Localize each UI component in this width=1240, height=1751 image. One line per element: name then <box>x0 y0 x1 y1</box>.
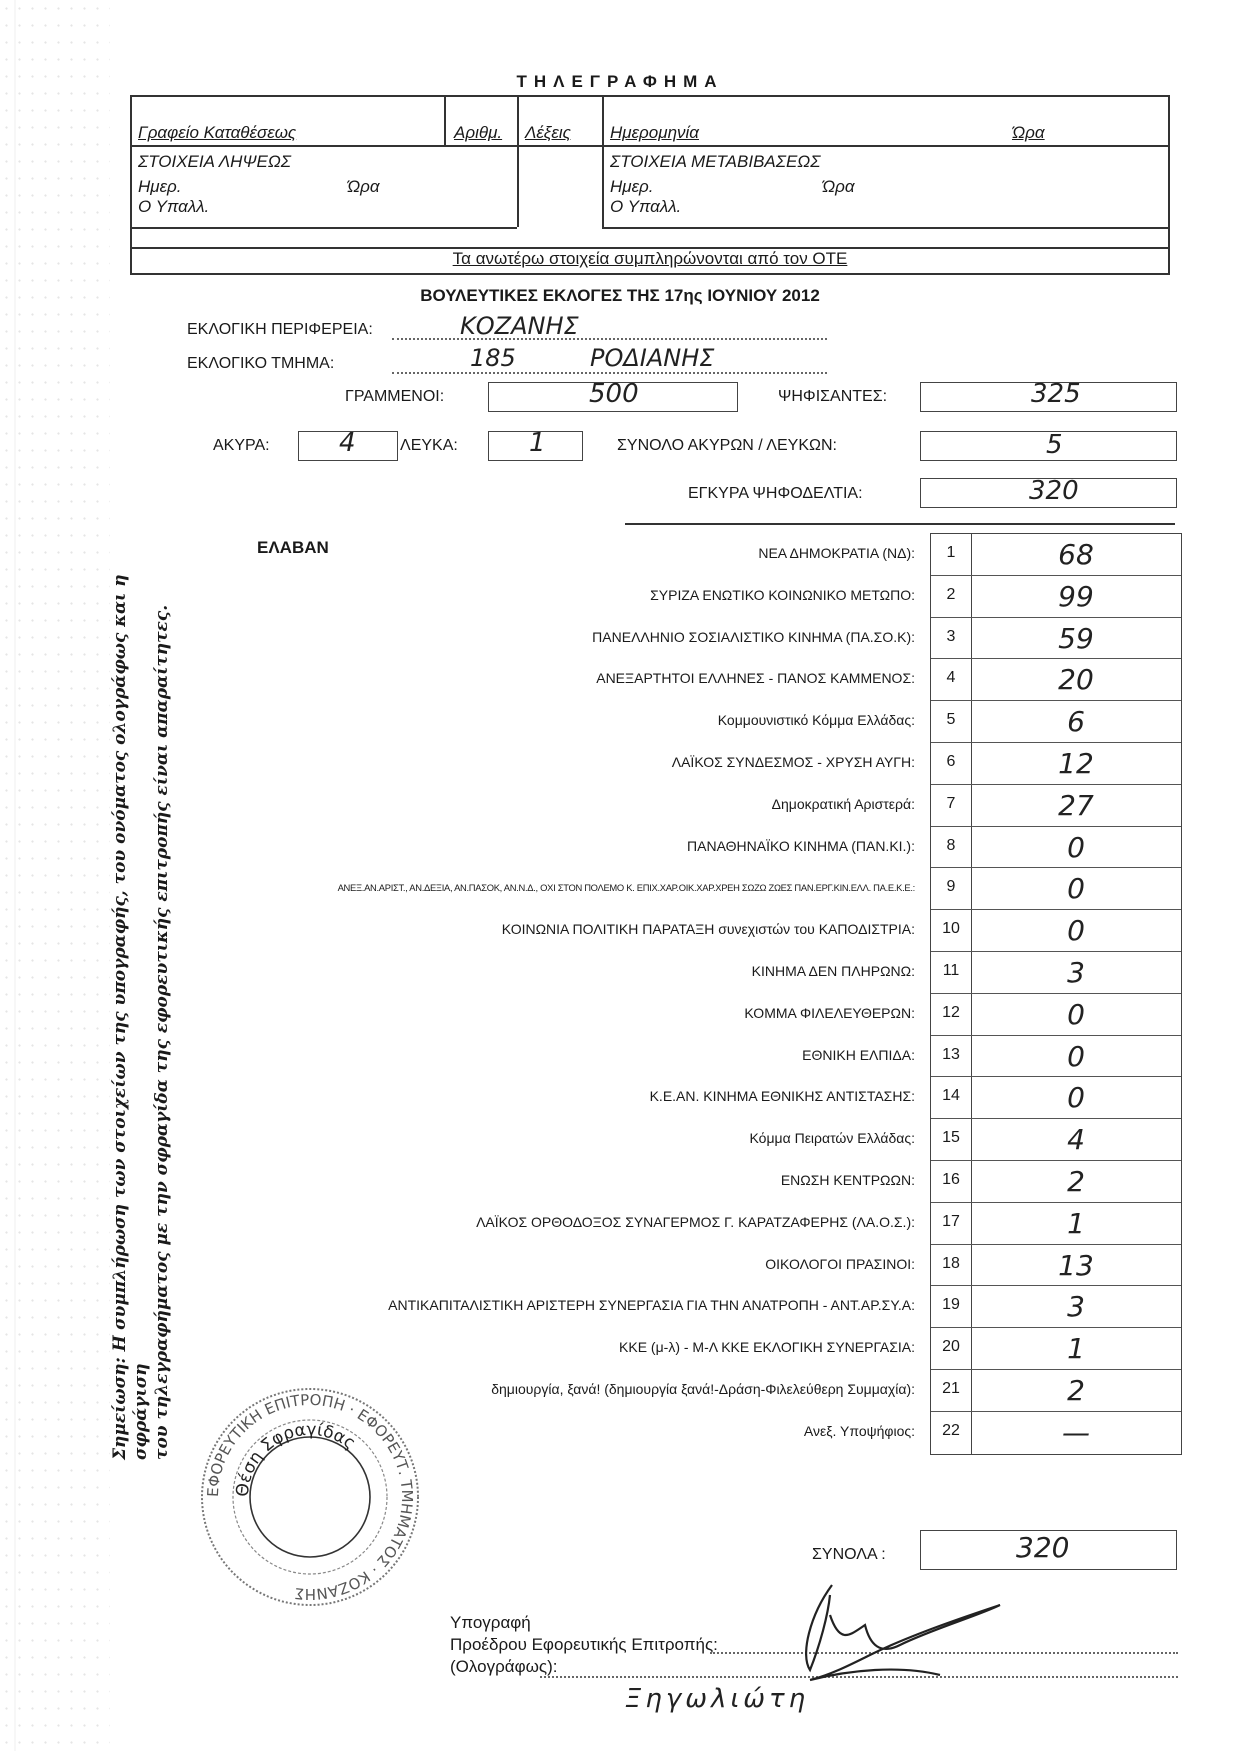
invalid-value: 4 <box>339 428 356 458</box>
section-separator <box>625 523 1175 525</box>
table-row: 162 <box>931 1161 1181 1203</box>
party-name: ΚΟΜΜΑ ΦΙΛΕΛΕΥΘΕΡΩΝ: <box>200 993 915 1035</box>
party-name: Δημοκρατική Αριστερά: <box>200 784 915 826</box>
party-name: ΛΑΪΚΟΣ ΟΡΘΟΔΟΞΟΣ ΣΥΝΑΓΕΡΜΟΣ Γ. ΚΑΡΑΤΖΑΦΕ… <box>200 1202 915 1244</box>
side-note-line1: συμπλήρωση των στοιχείων της υπογραφής, … <box>110 574 151 1460</box>
party-name: ΛΑΪΚΟΣ ΣΥΝΔΕΣΜΟΣ - ΧΡΥΣΗ ΑΥΓΗ: <box>200 742 915 784</box>
party-name: ΑΝΕΞ.ΑΝ.ΑΡΙΣΤ., ΑΝ.ΔΕΞΙΑ, ΑΝ.ΠΑΣΟΚ, ΑΝ.Ν… <box>200 867 915 909</box>
party-number: 13 <box>931 1036 972 1077</box>
side-note-bold: Σημείωση: Η <box>110 1335 130 1460</box>
voted-box[interactable]: 325 <box>920 382 1177 412</box>
region-value[interactable]: ΚΟΖΑΝΗΣ <box>460 312 579 340</box>
party-name: ΠΑΝΕΛΛΗΝΙΟ ΣΟΣΙΑΛΙΣΤΙΚΟ ΚΙΝΗΜΑ (ΠΑ.ΣΟ.Κ)… <box>200 617 915 659</box>
party-votes-field[interactable]: 99 <box>971 576 1181 617</box>
ote-footer-note: Τα ανωτέρω στοιχεία συμπληρώνονται από τ… <box>453 249 848 268</box>
section-number[interactable]: 185 <box>470 344 516 372</box>
table-row: 1813 <box>931 1245 1181 1287</box>
totals-value: 320 <box>1016 1531 1069 1564</box>
party-number: 1 <box>931 534 972 575</box>
table-row: 120 <box>931 994 1181 1036</box>
table-row: 201 <box>931 1328 1181 1370</box>
region-label: ΕΚΛΟΓΙΚΗ ΠΕΡΙΦΕΡΕΙΑ: <box>187 321 373 339</box>
table-row: 140 <box>931 1077 1181 1119</box>
table-row: 612 <box>931 743 1181 785</box>
ote-header-row: Γραφείο Καταθέσεως Αριθμ. Λέξεις Ημερομη… <box>132 97 1168 147</box>
table-row: 171 <box>931 1203 1181 1245</box>
ote-footer: Τα ανωτέρω στοιχεία συμπληρώνονται από τ… <box>132 247 1168 273</box>
party-name: ΑΝΕΞΑΡΤΗΤΟΙ ΕΛΛΗΝΕΣ - ΠΑΝΟΣ ΚΑΜΜΕΝΟΣ: <box>200 658 915 700</box>
party-number: 17 <box>931 1203 972 1244</box>
signature-block: Υπογραφή Προέδρου Εφορευτικής Επιτροπής:… <box>450 1612 718 1678</box>
table-row: 22— <box>931 1412 1181 1454</box>
party-votes-field[interactable]: 27 <box>971 785 1181 826</box>
table-row: 420 <box>931 659 1181 701</box>
party-labels: ΝΕΑ ΔΗΜΟΚΡΑΤΙΑ (ΝΔ):ΣΥΡΙΖΑ ΕΝΩΤΙΚΟ ΚΟΙΝΩ… <box>200 533 915 1453</box>
party-number: 7 <box>931 785 972 826</box>
party-votes-field[interactable]: 2 <box>971 1370 1181 1411</box>
document-title: ΤΗΛΕΓΡΑΦΗΜΑ <box>0 72 1240 92</box>
party-votes-field[interactable]: 1 <box>971 1328 1181 1369</box>
table-row: 80 <box>931 827 1181 869</box>
party-votes-field[interactable]: 4 <box>971 1119 1181 1160</box>
registered-box[interactable]: 500 <box>488 382 738 412</box>
transmission-clerk-label: Ο Υπαλλ. <box>610 197 681 217</box>
party-name: ΝΕΑ ΔΗΜΟΚΡΑΤΙΑ (ΝΔ): <box>200 533 915 575</box>
signature-line1: Υπογραφή <box>450 1612 718 1634</box>
party-number: 21 <box>931 1370 972 1411</box>
party-votes-field[interactable]: 59 <box>971 618 1181 659</box>
receipt-date-label: Ημερ. <box>138 177 182 197</box>
party-name: ΟΙΚΟΛΟΓΟΙ ΠΡΑΣΙΝΟΙ: <box>200 1244 915 1286</box>
signature-scribble-icon <box>770 1575 1010 1685</box>
election-title: ΒΟΥΛΕΥΤΙΚΕΣ ΕΚΛΟΓΕΣ ΤΗΣ 17ης ΙΟΥΝΙΟΥ 201… <box>0 286 1240 306</box>
section-name[interactable]: ΡΟΔΙΑΝΗΣ <box>590 344 714 372</box>
invalid-blank-total-value: 5 <box>1046 430 1063 460</box>
party-votes-field[interactable]: 68 <box>971 534 1181 575</box>
blank-value: 1 <box>529 428 546 458</box>
section-label: ΕΚΛΟΓΙΚΟ ΤΜΗΜΑ: <box>187 355 334 373</box>
party-votes-field[interactable]: — <box>971 1412 1181 1454</box>
party-number: 16 <box>931 1161 972 1202</box>
transmission-date-label: Ημερ. <box>610 177 654 197</box>
party-number: 10 <box>931 910 972 951</box>
party-name: ΣΥΡΙΖΑ ΕΝΩΤΙΚΟ ΚΟΙΝΩΝΙΚΟ ΜΕΤΩΠΟ: <box>200 575 915 617</box>
divider <box>132 227 517 229</box>
party-number: 19 <box>931 1286 972 1327</box>
table-row: 212 <box>931 1370 1181 1412</box>
party-votes-field[interactable]: 1 <box>971 1203 1181 1244</box>
party-votes-field[interactable]: 0 <box>971 1077 1181 1118</box>
signature-line2: Προέδρου Εφορευτικής Επιτροπής: <box>450 1634 718 1656</box>
party-number: 9 <box>931 868 972 909</box>
transmission-title: ΣΤΟΙΧΕΙΑ ΜΕΤΑΒΙΒΑΣΕΩΣ <box>610 152 820 172</box>
valid-box[interactable]: 320 <box>920 478 1177 508</box>
blank-box[interactable]: 1 <box>488 431 583 461</box>
party-votes-field[interactable]: 6 <box>971 701 1181 742</box>
totals-box[interactable]: 320 <box>920 1530 1177 1570</box>
party-number: 4 <box>931 659 972 700</box>
table-row: 727 <box>931 785 1181 827</box>
table-row: 168 <box>931 534 1181 576</box>
party-votes-field[interactable]: 2 <box>971 1161 1181 1202</box>
table-row: 359 <box>931 618 1181 660</box>
number-label: Αριθμ. <box>454 123 502 143</box>
transmission-time-label: Ώρα <box>822 177 855 197</box>
region-dotted-line <box>392 338 827 340</box>
party-number: 15 <box>931 1119 972 1160</box>
party-number: 14 <box>931 1077 972 1118</box>
party-number: 6 <box>931 743 972 784</box>
official-stamp: ΕΦΟΡΕΥΤΙΚΗ ΕΠΙΤΡΟΠΗ · ΕΦΟΡΕΥΤ. ΤΜΗΜΑΤΟΣ … <box>195 1385 425 1610</box>
blank-label: ΛΕΥΚΑ: <box>400 437 458 455</box>
party-votes-field[interactable]: 20 <box>971 659 1181 700</box>
divider <box>602 97 604 227</box>
party-number: 8 <box>931 827 972 868</box>
party-name: ΠΑΝΑΘΗΝΑΪΚΟ ΚΙΝΗΜΑ (ΠΑΝ.ΚΙ.): <box>200 826 915 868</box>
signature-line3: (Ολογράφως): <box>450 1656 718 1678</box>
invalid-label: ΑΚΥΡΑ: <box>213 437 270 455</box>
party-results-table: 1682993594205661272780901001131201301401… <box>930 533 1182 1455</box>
totals-label: ΣΥΝΟΛΑ : <box>812 1546 886 1564</box>
party-number: 2 <box>931 576 972 617</box>
divider <box>602 227 1168 229</box>
party-votes-field[interactable]: 0 <box>971 1036 1181 1077</box>
party-number: 3 <box>931 618 972 659</box>
party-number: 18 <box>931 1245 972 1286</box>
party-votes-field[interactable]: 12 <box>971 743 1181 784</box>
invalid-blank-total-box[interactable]: 5 <box>920 431 1177 461</box>
party-name: ΕΘΝΙΚΗ ΕΛΠΙΔΑ: <box>200 1035 915 1077</box>
invalid-box[interactable]: 4 <box>298 431 398 461</box>
time-label: Ώρα <box>1012 123 1045 143</box>
section-dotted-line <box>392 372 827 374</box>
party-votes-field[interactable]: 3 <box>971 952 1181 993</box>
scan-noise-margin <box>0 0 110 1751</box>
ote-header-box: Γραφείο Καταθέσεως Αριθμ. Λέξεις Ημερομη… <box>130 95 1170 275</box>
registered-value: 500 <box>589 379 639 409</box>
party-votes-field[interactable]: 13 <box>971 1245 1181 1286</box>
party-number: 22 <box>931 1412 972 1454</box>
invalid-blank-total-label: ΣΥΝΟΛΟ ΑΚΥΡΩΝ / ΛΕΥΚΩΝ: <box>617 437 837 455</box>
party-number: 20 <box>931 1328 972 1369</box>
party-name: ΕΝΩΣΗ ΚΕΝΤΡΩΩΝ: <box>200 1160 915 1202</box>
table-row: 56 <box>931 701 1181 743</box>
office-label: Γραφείο Καταθέσεως <box>138 123 296 143</box>
party-votes-field[interactable]: 0 <box>971 827 1181 868</box>
table-row: 299 <box>931 576 1181 618</box>
table-row: 130 <box>931 1036 1181 1078</box>
receipt-title: ΣΤΟΙΧΕΙΑ ΛΗΨΕΩΣ <box>138 152 291 172</box>
party-votes-field[interactable]: 0 <box>971 910 1181 951</box>
table-row: 193 <box>931 1286 1181 1328</box>
valid-value: 320 <box>1029 476 1079 506</box>
registered-label: ΓΡΑΜΜΕΝΟΙ: <box>345 388 444 406</box>
divider <box>444 97 446 145</box>
party-name: ΑΝΤΙΚΑΠΙΤΑΛΙΣΤΙΚΗ ΑΡΙΣΤΕΡΗ ΣΥΝΕΡΓΑΣΙΑ ΓΙ… <box>200 1285 915 1327</box>
party-number: 5 <box>931 701 972 742</box>
party-votes-field[interactable]: 0 <box>971 994 1181 1035</box>
table-row: 100 <box>931 910 1181 952</box>
side-note: Σημείωση: Η συμπλήρωση των στοιχείων της… <box>110 510 173 1460</box>
date-label: Ημερομηνία <box>610 123 699 143</box>
divider <box>517 97 519 227</box>
table-row: 90 <box>931 868 1181 910</box>
voted-label: ΨΗΦΙΣΑΝΤΕΣ: <box>778 388 887 406</box>
party-name: ΚΙΝΗΜΑ ΔΕΝ ΠΛΗΡΩΝΩ: <box>200 951 915 993</box>
receipt-time-label: Ώρα <box>347 177 380 197</box>
side-note-line2: του τηλεγραφήματος με την σφραγίδα της ε… <box>152 605 172 1460</box>
party-number: 11 <box>931 952 972 993</box>
party-name: Κ.Ε.ΑΝ. ΚΙΝΗΜΑ ΕΘΝΙΚΗΣ ΑΝΤΙΣΤΑΣΗΣ: <box>200 1076 915 1118</box>
party-name: Κομμουνιστικό Κόμμα Ελλάδας: <box>200 700 915 742</box>
handwritten-fullname[interactable]: Ξηγωλιώτη <box>625 1684 809 1714</box>
words-label: Λέξεις <box>525 123 571 143</box>
svg-text:Θέση Σφραγίδας: Θέση Σφραγίδας <box>233 1420 359 1498</box>
party-name: ΚΚΕ (μ-λ) - Μ-Λ ΚΚΕ ΕΚΛΟΓΙΚΗ ΣΥΝΕΡΓΑΣΙΑ: <box>200 1327 915 1369</box>
valid-label: ΕΓΚΥΡΑ ΨΗΦΟΔΕΛΤΙΑ: <box>688 485 863 503</box>
stamp-seal-icon: ΕΦΟΡΕΥΤΙΚΗ ΕΠΙΤΡΟΠΗ · ΕΦΟΡΕΥΤ. ΤΜΗΜΑΤΟΣ … <box>195 1385 425 1610</box>
party-votes-field[interactable]: 3 <box>971 1286 1181 1327</box>
table-row: 113 <box>931 952 1181 994</box>
party-name: ΚΟΙΝΩΝΙΑ ΠΟΛΙΤΙΚΗ ΠΑΡΑΤΑΞΗ συνεχιστών το… <box>200 909 915 951</box>
table-row: 154 <box>931 1119 1181 1161</box>
voted-value: 325 <box>1031 379 1081 409</box>
receipt-clerk-label: Ο Υπαλλ. <box>138 197 209 217</box>
party-number: 12 <box>931 994 972 1035</box>
party-name: Κόμμα Πειρατών Ελλάδας: <box>200 1118 915 1160</box>
party-votes-field[interactable]: 0 <box>971 868 1181 909</box>
